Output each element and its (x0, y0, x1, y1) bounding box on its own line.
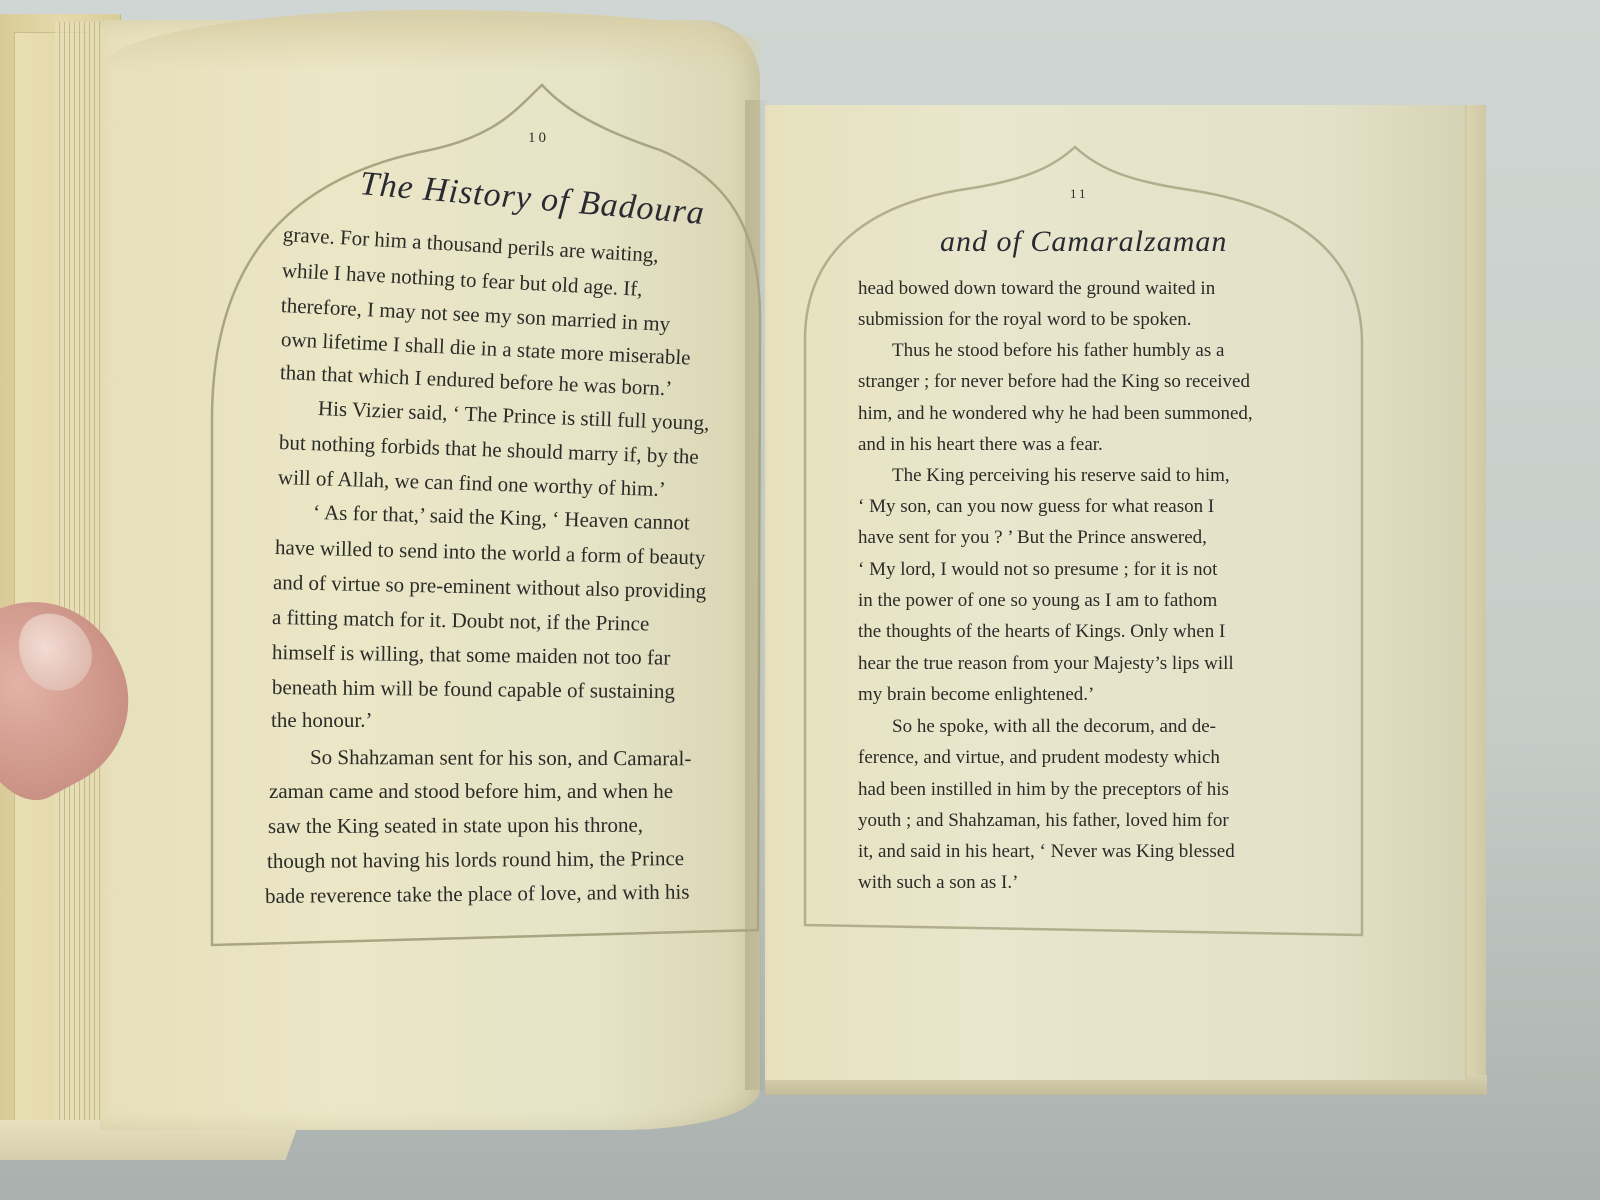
text-line: the thoughts of the hearts of Kings. Onl… (858, 621, 1225, 643)
book-photo: 10 The History of Badoura grave. For him… (0, 0, 1600, 1200)
text-line: have sent for you ? ’ But the Prince ans… (858, 527, 1207, 549)
text-line: it, and said in his heart, ‘ Never was K… (858, 841, 1235, 863)
text-line: hear the true reason from your Majesty’s… (858, 653, 1234, 675)
text-line: beneath him will be found capable of sus… (272, 675, 675, 704)
text-line: my brain become enlightened.’ (858, 684, 1094, 706)
text-line: stranger ; for never before had the King… (858, 371, 1250, 393)
text-line: ference, and virtue, and prudent modesty… (858, 747, 1220, 769)
text-line: ‘ My son, can you now guess for what rea… (858, 496, 1214, 518)
text-line: and in his heart there was a fear. (858, 434, 1103, 456)
right-page-number: 11 (1070, 186, 1089, 202)
text-line: though not having his lords round him, t… (267, 846, 684, 874)
text-line: So he spoke, with all the decorum, and d… (892, 716, 1216, 738)
text-line: The King perceiving his reserve said to … (892, 465, 1230, 487)
text-line: ‘ My lord, I would not so presume ; for … (858, 559, 1217, 581)
text-line: zaman came and stood before him, and whe… (269, 779, 673, 804)
text-line: him, and he wondered why he had been sum… (858, 403, 1253, 425)
text-line: the honour.’ (271, 708, 372, 733)
right-running-title: and of Camaralzaman (940, 225, 1227, 259)
text-line: saw the King seated in state upon his th… (268, 813, 643, 839)
text-line: in the power of one so young as I am to … (858, 590, 1217, 612)
text-line: bade reverence take the place of love, a… (265, 880, 690, 909)
text-line: with such a son as I.’ (858, 872, 1018, 894)
text-line: youth ; and Shahzaman, his father, loved… (858, 810, 1229, 832)
text-line: had been instilled in him by the precept… (858, 779, 1229, 801)
text-line: head bowed down toward the ground waited… (858, 278, 1215, 300)
text-line: Thus he stood before his father humbly a… (892, 340, 1224, 362)
right-arch-frame (0, 0, 1600, 1200)
left-page-number: 10 (528, 130, 549, 147)
text-line: submission for the royal word to be spok… (858, 309, 1192, 331)
text-line: So Shahzaman sent for his son, and Camar… (310, 745, 692, 771)
